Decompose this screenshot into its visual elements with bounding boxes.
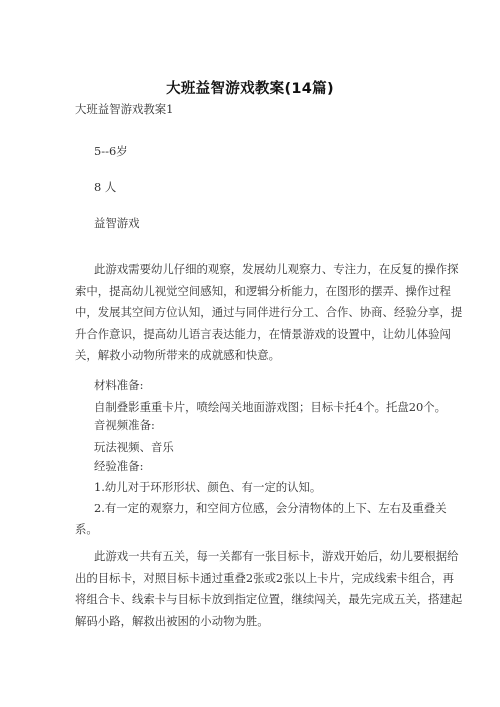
intro-line: 升合作意识，提高幼儿语言表达能力，在情景游戏的设置中，让幼儿体验闯 — [75, 324, 425, 346]
rules-line: 解码小路，解救出被困的小动物为胜。 — [75, 611, 425, 633]
intro-line: 索中，提高幼儿视觉空间感知，和逻辑分析能力，在图形的摆弄、操作过程 — [75, 281, 425, 303]
experience-heading: 经验准备: — [94, 459, 143, 473]
participant-count: 8 人 — [94, 180, 116, 194]
intro-paragraph: 此游戏需要幼儿仔细的观察，发展幼儿观察力、专注力，在反复的操作探 索中，提高幼儿… — [75, 259, 425, 367]
experience-item-2: 2.有一定的观察力，和空间方位感，会分清物体的上下、左右及重叠关 — [94, 501, 447, 515]
intro-line: 此游戏需要幼儿仔细的观察，发展幼儿观察力、专注力，在反复的操作探 — [75, 259, 425, 281]
lesson-subtitle: 大班益智游戏教案1 — [75, 102, 173, 116]
intro-line: 中，发展其空间方位认知，通过与同伴进行分工、合作、协商、经验分享，提 — [75, 302, 425, 324]
av-heading: 音视频准备: — [94, 418, 155, 432]
rules-line: 将组合卡、线索卡与目标卡放到指定位置，继续闯关，最先完成五关，搭建起 — [75, 589, 425, 611]
intro-line: 关，解救小动物所带来的成就感和快意。 — [75, 345, 425, 367]
document-page: 大班益智游戏教案(14篇) 大班益智游戏教案1 5--6岁 8 人 益智游戏 此… — [0, 0, 500, 707]
materials-heading: 材料准备: — [94, 378, 143, 392]
rules-paragraph: 此游戏一共有五关，每一关都有一张目标卡，游戏开始后，幼儿要根据给 出的目标卡，对… — [75, 546, 425, 632]
experience-item-1: 1.幼儿对于环形形状、颜色、有一定的认知。 — [94, 480, 321, 494]
rules-line: 出的目标卡，对照目标卡通过重叠2张或2张以上卡片，完成线索卡组合，再 — [75, 568, 425, 590]
av-content: 玩法视频、音乐 — [94, 440, 174, 454]
materials-content: 自制叠影重重卡片，喷绘闯关地面游戏图；目标卡托4个。托盘20个。 — [94, 400, 446, 414]
age-range: 5--6岁 — [94, 144, 128, 158]
document-title: 大班益智游戏教案(14篇) — [0, 77, 500, 98]
game-type: 益智游戏 — [94, 216, 140, 230]
experience-item-2-cont: 系。 — [75, 522, 98, 536]
rules-line: 此游戏一共有五关，每一关都有一张目标卡，游戏开始后，幼儿要根据给 — [75, 546, 425, 568]
